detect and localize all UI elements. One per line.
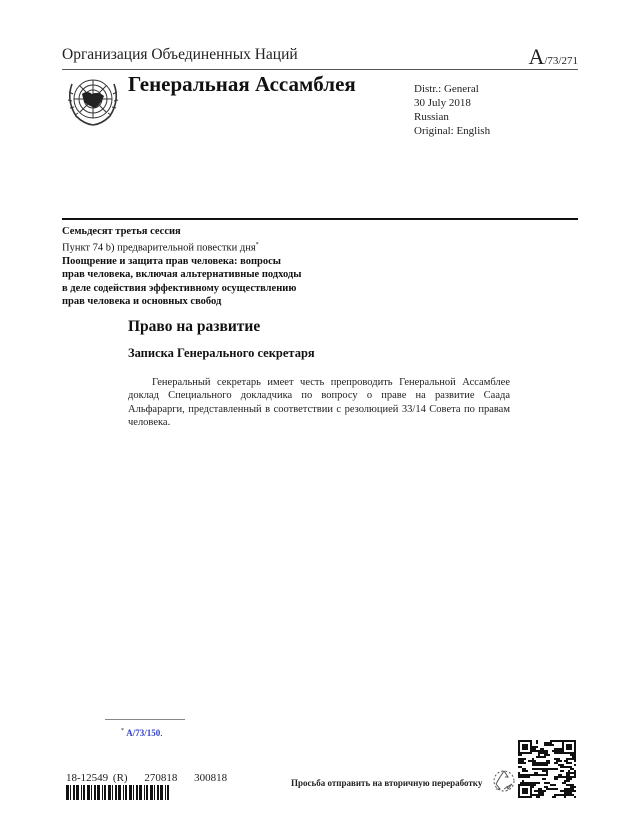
agenda-item-text: Пункт 74 b) предварительной повестки дня [62,242,256,253]
distribution-info: Distr.: General 30 July 2018 Russian Ori… [414,82,490,138]
qr-code-icon [518,740,576,798]
document-symbol: A/73/271 [528,44,578,70]
language: Russian [414,110,490,124]
body-name: Генеральная Ассамблея [128,72,356,97]
footnote-link[interactable]: A/73/150 [126,728,160,738]
print-date: 300818 [194,772,227,784]
footnote-marker: * [121,728,124,734]
footnote-suffix: . [160,728,162,738]
topic-line: прав человека, включая альтернативные по… [62,268,342,282]
topic-line: прав человека и основных свобод [62,295,342,309]
organization-name: Организация Объединенных Наций [62,46,298,64]
recycle-icon [492,768,516,792]
session: Семьдесят третья сессия [62,225,342,239]
agenda-block: Семьдесят третья сессия Пункт 74 b) пред… [62,225,342,309]
agenda-item: Пункт 74 b) предварительной повестки дня… [62,239,342,255]
original-language: Original: English [414,124,490,138]
recycle-text: Просьба отправить на вторичную переработ… [291,778,482,788]
topic-line: в деле содействия эффективному осуществл… [62,282,342,296]
footnote-marker[interactable]: * [256,242,259,248]
date: 30 July 2018 [414,96,490,110]
body-paragraph: Генеральный секретарь имеет честь препро… [128,376,510,429]
document-subtitle: Записка Генерального секретаря [128,346,315,361]
issue-date: 270818 [144,772,177,784]
barcode-icon [66,785,172,800]
distribution: Distr.: General [414,82,490,96]
un-emblem-icon [64,72,122,128]
footnote-rule [105,719,185,720]
header-rule [62,69,578,70]
symbol-suffix: /73/271 [544,55,578,67]
document-number-line: 18-12549 (R) 270818 300818 [66,772,239,784]
document-number: 18-12549 (R) [66,772,128,784]
document-title: Право на развитие [128,318,260,336]
footnote: * A/73/150. [121,728,163,738]
section-rule [62,218,578,220]
symbol-prefix: A [528,44,544,69]
topic-line: Поощрение и защита прав человека: вопрос… [62,255,342,269]
